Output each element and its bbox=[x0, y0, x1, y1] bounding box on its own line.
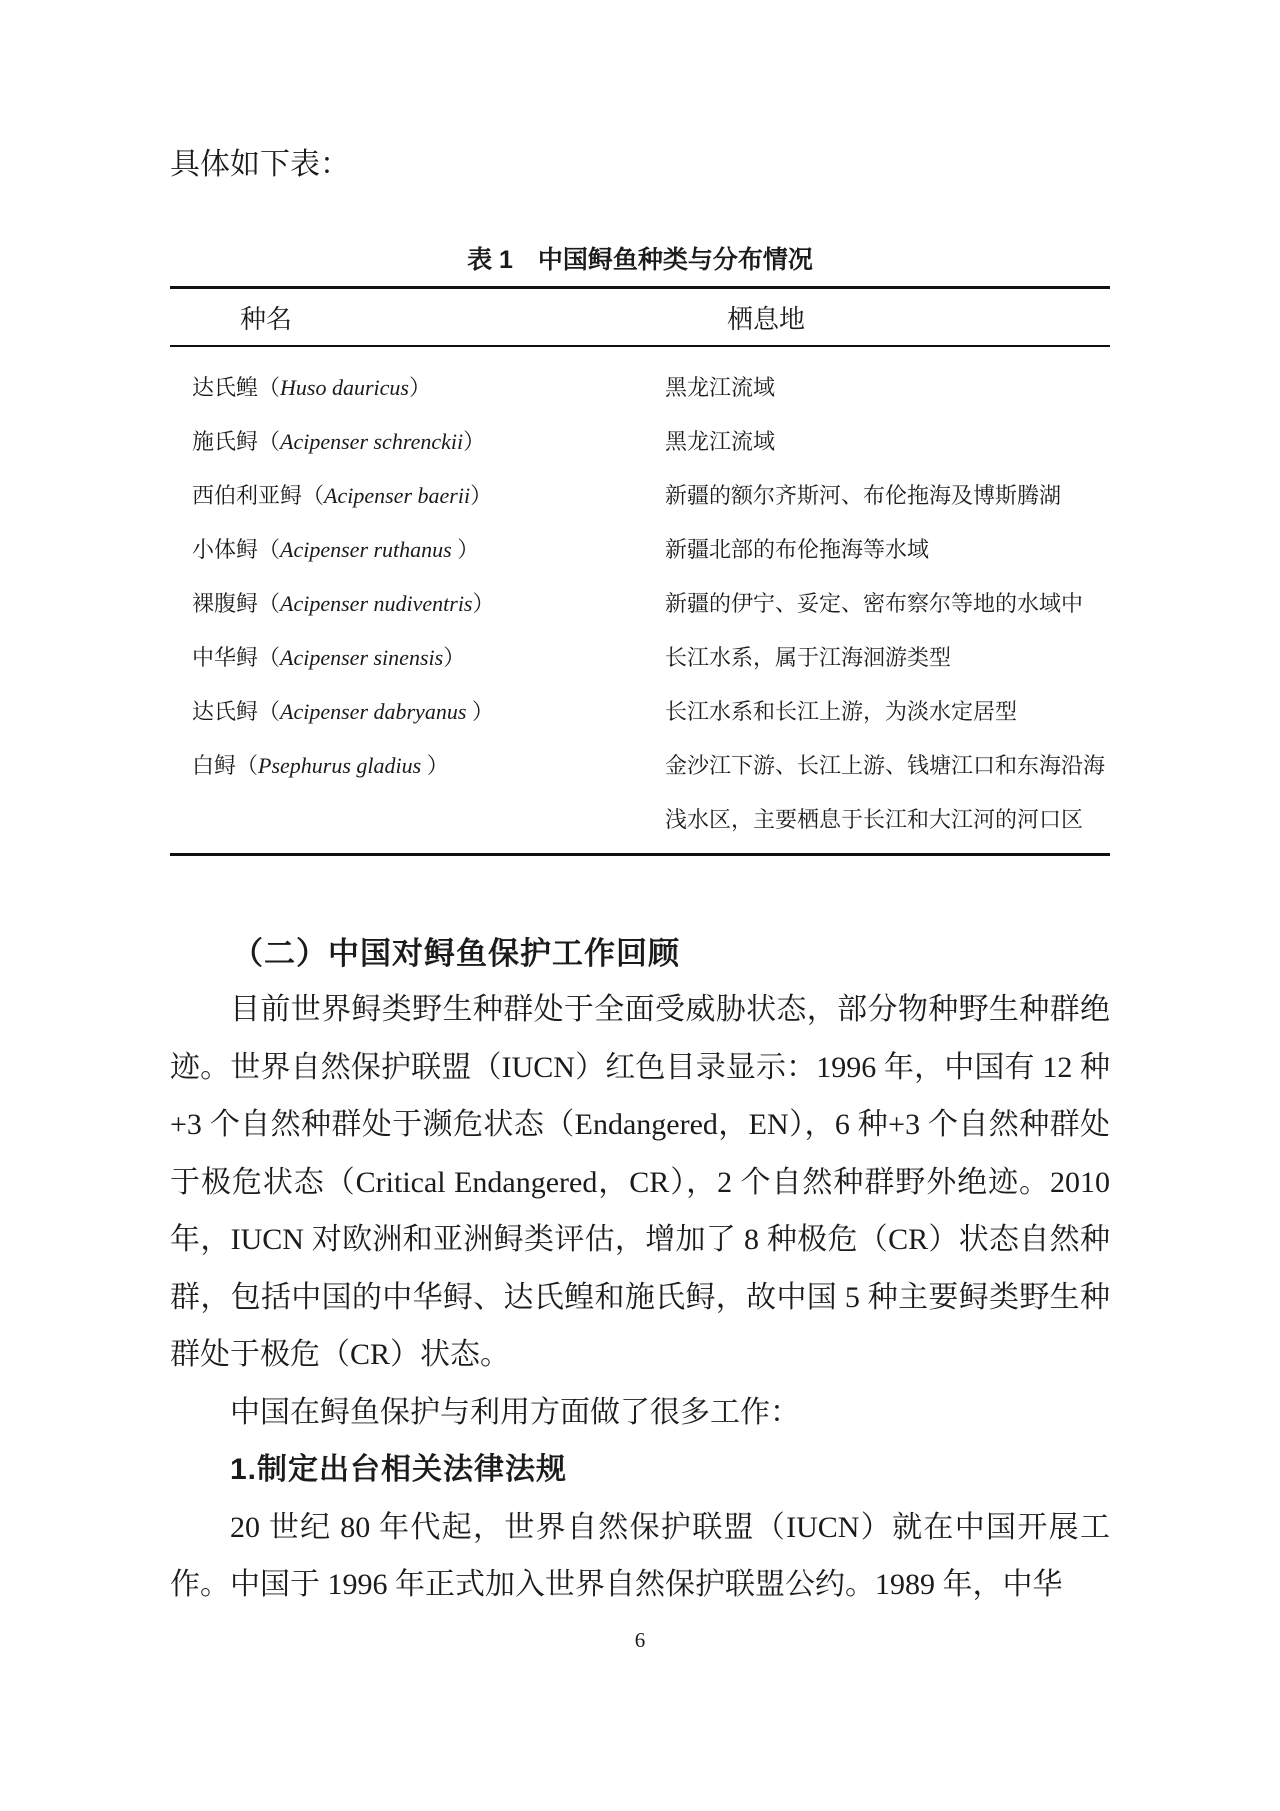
species-name-cn: 裸腹鲟 bbox=[192, 591, 258, 616]
species-name-latin: Acipenser ruthanus bbox=[280, 537, 457, 562]
species-name-cell: 裸腹鲟（Acipenser nudiventris） bbox=[170, 577, 665, 631]
species-name-cell: 达氏鲟（Acipenser dabryanus ） bbox=[170, 685, 665, 739]
species-name-cn: 西伯利亚鲟 bbox=[192, 483, 302, 508]
species-name-cell: 白鲟（Psephurus gladius ） bbox=[170, 739, 665, 847]
species-name-cell: 西伯利亚鲟（Acipenser baerii） bbox=[170, 469, 665, 523]
intro-text: 具体如下表： bbox=[170, 145, 1110, 185]
table-row: 达氏鳇（Huso dauricus）黑龙江流域 bbox=[170, 361, 1110, 415]
table-caption: 表 1 中国鲟鱼种类与分布情况 bbox=[170, 243, 1110, 277]
document-page: 具体如下表： 表 1 中国鲟鱼种类与分布情况 种名 栖息地 达氏鳇（Huso d… bbox=[0, 0, 1280, 1811]
table-row: 西伯利亚鲟（Acipenser baerii）新疆的额尔齐斯河、布伦拖海及博斯腾… bbox=[170, 469, 1110, 523]
table-body: 达氏鳇（Huso dauricus）黑龙江流域施氏鲟（Acipenser sch… bbox=[170, 347, 1110, 853]
species-name-latin: Psephurus gladius bbox=[258, 753, 427, 778]
species-name-latin: Acipenser baerii bbox=[324, 483, 470, 508]
species-name-cn: 中华鲟 bbox=[192, 645, 258, 670]
table-header-species: 种名 bbox=[170, 299, 665, 336]
section-heading: （二）中国对鲟鱼保护工作回顾 bbox=[170, 931, 1110, 977]
table-row: 达氏鲟（Acipenser dabryanus ）长江水系和长江上游，为淡水定居… bbox=[170, 685, 1110, 739]
table-row: 小体鲟（Acipenser ruthanus ）新疆北部的布伦拖海等水域 bbox=[170, 523, 1110, 577]
habitat-cell: 新疆北部的布伦拖海等水域 bbox=[665, 523, 1110, 577]
table-header-habitat: 栖息地 bbox=[665, 299, 1110, 336]
species-name-cn: 施氏鲟 bbox=[192, 429, 258, 454]
species-name-cell: 达氏鳇（Huso dauricus） bbox=[170, 361, 665, 415]
species-table: 种名 栖息地 达氏鳇（Huso dauricus）黑龙江流域施氏鲟（Acipen… bbox=[170, 286, 1110, 856]
sub-heading-laws: 1.制定出台相关法律法规 bbox=[170, 1441, 1110, 1499]
habitat-cell: 长江水系，属于江海洄游类型 bbox=[665, 631, 1110, 685]
habitat-cell: 金沙江下游、长江上游、钱塘江口和东海沿海浅水区，主要栖息于长江和大江河的河口区 bbox=[665, 739, 1110, 847]
species-name-latin: Acipenser schrenckii bbox=[280, 429, 463, 454]
species-name-cn: 达氏鲟 bbox=[192, 699, 258, 724]
page-number: 6 bbox=[170, 1626, 1110, 1654]
paragraph-review: 目前世界鲟类野生种群处于全面受威胁状态，部分物种野生种群绝迹。世界自然保护联盟（… bbox=[170, 981, 1110, 1384]
species-name-cn: 小体鲟 bbox=[192, 537, 258, 562]
paragraph-work-intro: 中国在鲟鱼保护与利用方面做了很多工作： bbox=[170, 1384, 1110, 1442]
habitat-cell: 新疆的伊宁、妥定、密布察尔等地的水域中 bbox=[665, 577, 1110, 631]
table-header-row: 种名 栖息地 bbox=[170, 289, 1110, 347]
table-row: 施氏鲟（Acipenser schrenckii）黑龙江流域 bbox=[170, 415, 1110, 469]
habitat-cell: 黑龙江流域 bbox=[665, 415, 1110, 469]
table-row: 白鲟（Psephurus gladius ）金沙江下游、长江上游、钱塘江口和东海… bbox=[170, 739, 1110, 847]
species-name-latin: Acipenser dabryanus bbox=[280, 699, 472, 724]
habitat-cell: 黑龙江流域 bbox=[665, 361, 1110, 415]
species-name-latin: Huso dauricus bbox=[280, 375, 409, 400]
species-name-cell: 小体鲟（Acipenser ruthanus ） bbox=[170, 523, 665, 577]
species-name-cn: 白鲟 bbox=[192, 753, 236, 778]
species-name-cell: 中华鲟（Acipenser sinensis） bbox=[170, 631, 665, 685]
species-name-cell: 施氏鲟（Acipenser schrenckii） bbox=[170, 415, 665, 469]
habitat-cell: 新疆的额尔齐斯河、布伦拖海及博斯腾湖 bbox=[665, 469, 1110, 523]
table-row: 裸腹鲟（Acipenser nudiventris）新疆的伊宁、妥定、密布察尔等… bbox=[170, 577, 1110, 631]
table-row: 中华鲟（Acipenser sinensis）长江水系，属于江海洄游类型 bbox=[170, 631, 1110, 685]
species-name-cn: 达氏鳇 bbox=[192, 375, 258, 400]
habitat-cell: 长江水系和长江上游，为淡水定居型 bbox=[665, 685, 1110, 739]
paragraph-laws: 20 世纪 80 年代起，世界自然保护联盟（IUCN）就在中国开展工作。中国于 … bbox=[170, 1499, 1110, 1614]
species-name-latin: Acipenser sinensis bbox=[280, 645, 443, 670]
species-name-latin: Acipenser nudiventris bbox=[280, 591, 472, 616]
